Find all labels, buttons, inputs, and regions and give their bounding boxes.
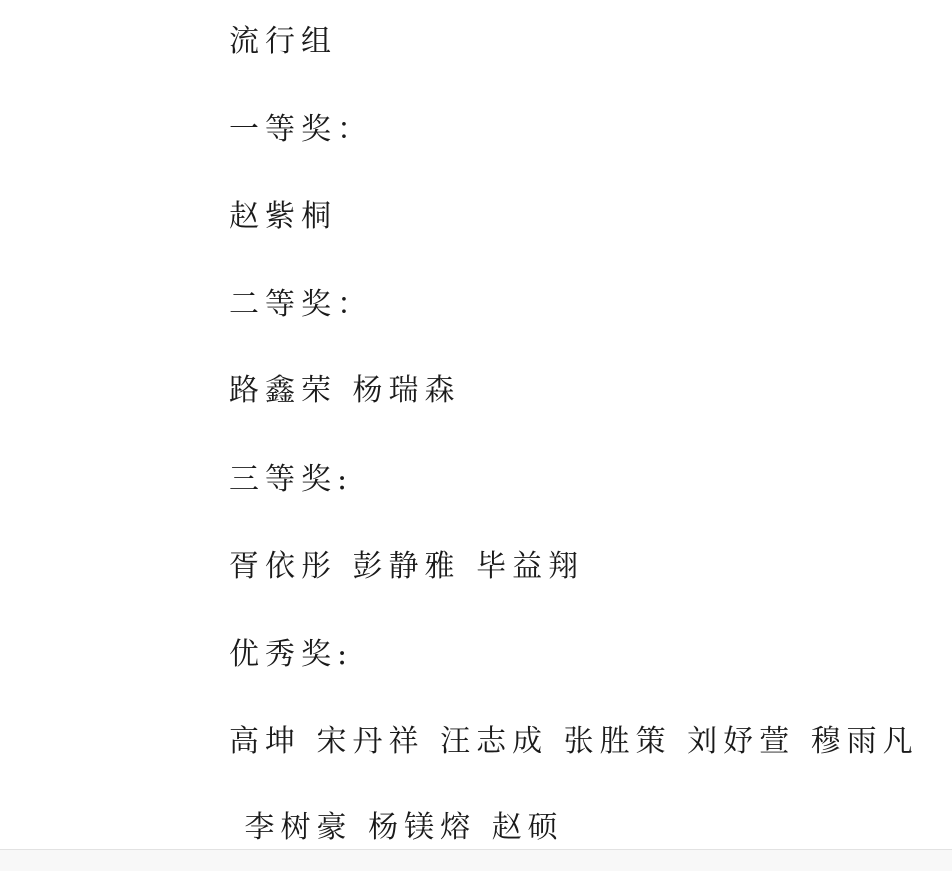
bottom-toolbar: [0, 849, 952, 871]
first-prize-names: 赵紫桐: [229, 197, 337, 237]
third-prize-names: 胥依彤 彭静雅 毕益翔: [229, 547, 584, 587]
excellence-prize-names-continued: 李树豪 杨镁熔 赵硕: [229, 808, 564, 848]
first-prize-heading: 一等奖：: [229, 110, 373, 150]
document-page: 流行组 一等奖： 赵紫桐 二等奖： 路鑫荣 杨瑞森 三等奖: 胥依彤 彭静雅 毕…: [0, 0, 952, 849]
excellence-prize-names: 高坤 宋丹祥 汪志成 张胜策 刘妤萱 穆雨凡: [229, 722, 919, 762]
second-prize-names: 路鑫荣 杨瑞森: [229, 371, 461, 411]
group-title: 流行组: [229, 22, 337, 62]
second-prize-heading: 二等奖：: [229, 285, 373, 325]
excellence-prize-heading: 优秀奖:: [229, 635, 353, 675]
third-prize-heading: 三等奖:: [229, 460, 353, 500]
